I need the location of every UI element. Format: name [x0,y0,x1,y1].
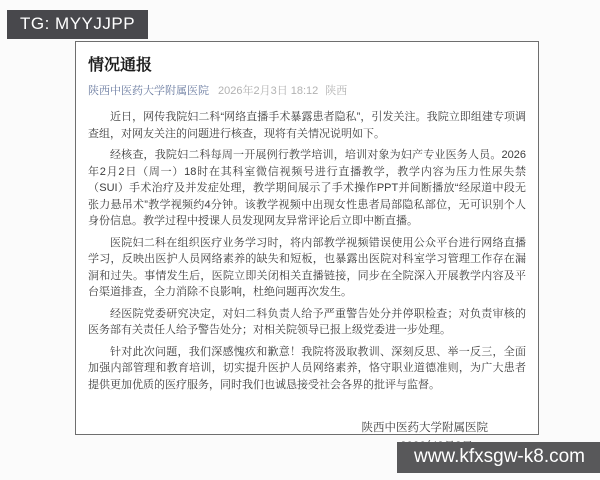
paragraph-punishment: 经医院党委研究决定，对妇二科负责人给予严重警告处分并停职检查；对负责审核的医务部… [88,306,526,339]
notice-meta: 陕西中医药大学附属医院2026年2月3日 18:12陕西 [88,82,526,98]
publish-datetime: 2026年2月3日 18:12 [218,85,318,97]
paragraph-analysis: 医院妇二科在组织医疗业务学习时，将内部教学视频错误使用公众平台进行网络直播学习，… [88,235,526,301]
notice-title: 情况通报 [88,52,526,75]
screenshot-stage: 情况通报 陕西中医药大学附属医院2026年2月3日 18:12陕西 近日，网传我… [0,0,600,480]
publish-location: 陕西 [325,85,347,97]
notice-body: 近日，网传我院妇二科“网络直播手术暴露患者隐私”，引发关注。我院立即组建专项调查… [88,109,526,393]
notice-card: 情况通报 陕西中医药大学附属医院2026年2月3日 18:12陕西 近日，网传我… [75,41,539,435]
publisher-name[interactable]: 陕西中医药大学附属医院 [88,85,209,97]
signature-name: 陕西中医药大学附属医院 [88,419,488,438]
paragraph-apology: 针对此次问题，我们深感愧疚和歉意！我院将汲取教训、深刻反思、举一反三，全面加强内… [88,344,526,394]
paragraph-findings: 经核查，我院妇二科每周一开展例行教学培训，培训对象为妇产专业医务人员。2026年… [88,147,526,230]
telegram-watermark-badge: TG: MYYJJPP [7,10,148,39]
paragraph-intro: 近日，网传我院妇二科“网络直播手术暴露患者隐私”，引发关注。我院立即组建专项调查… [88,109,526,142]
website-watermark-banner: www.kfxsgw-k8.com [397,442,600,473]
